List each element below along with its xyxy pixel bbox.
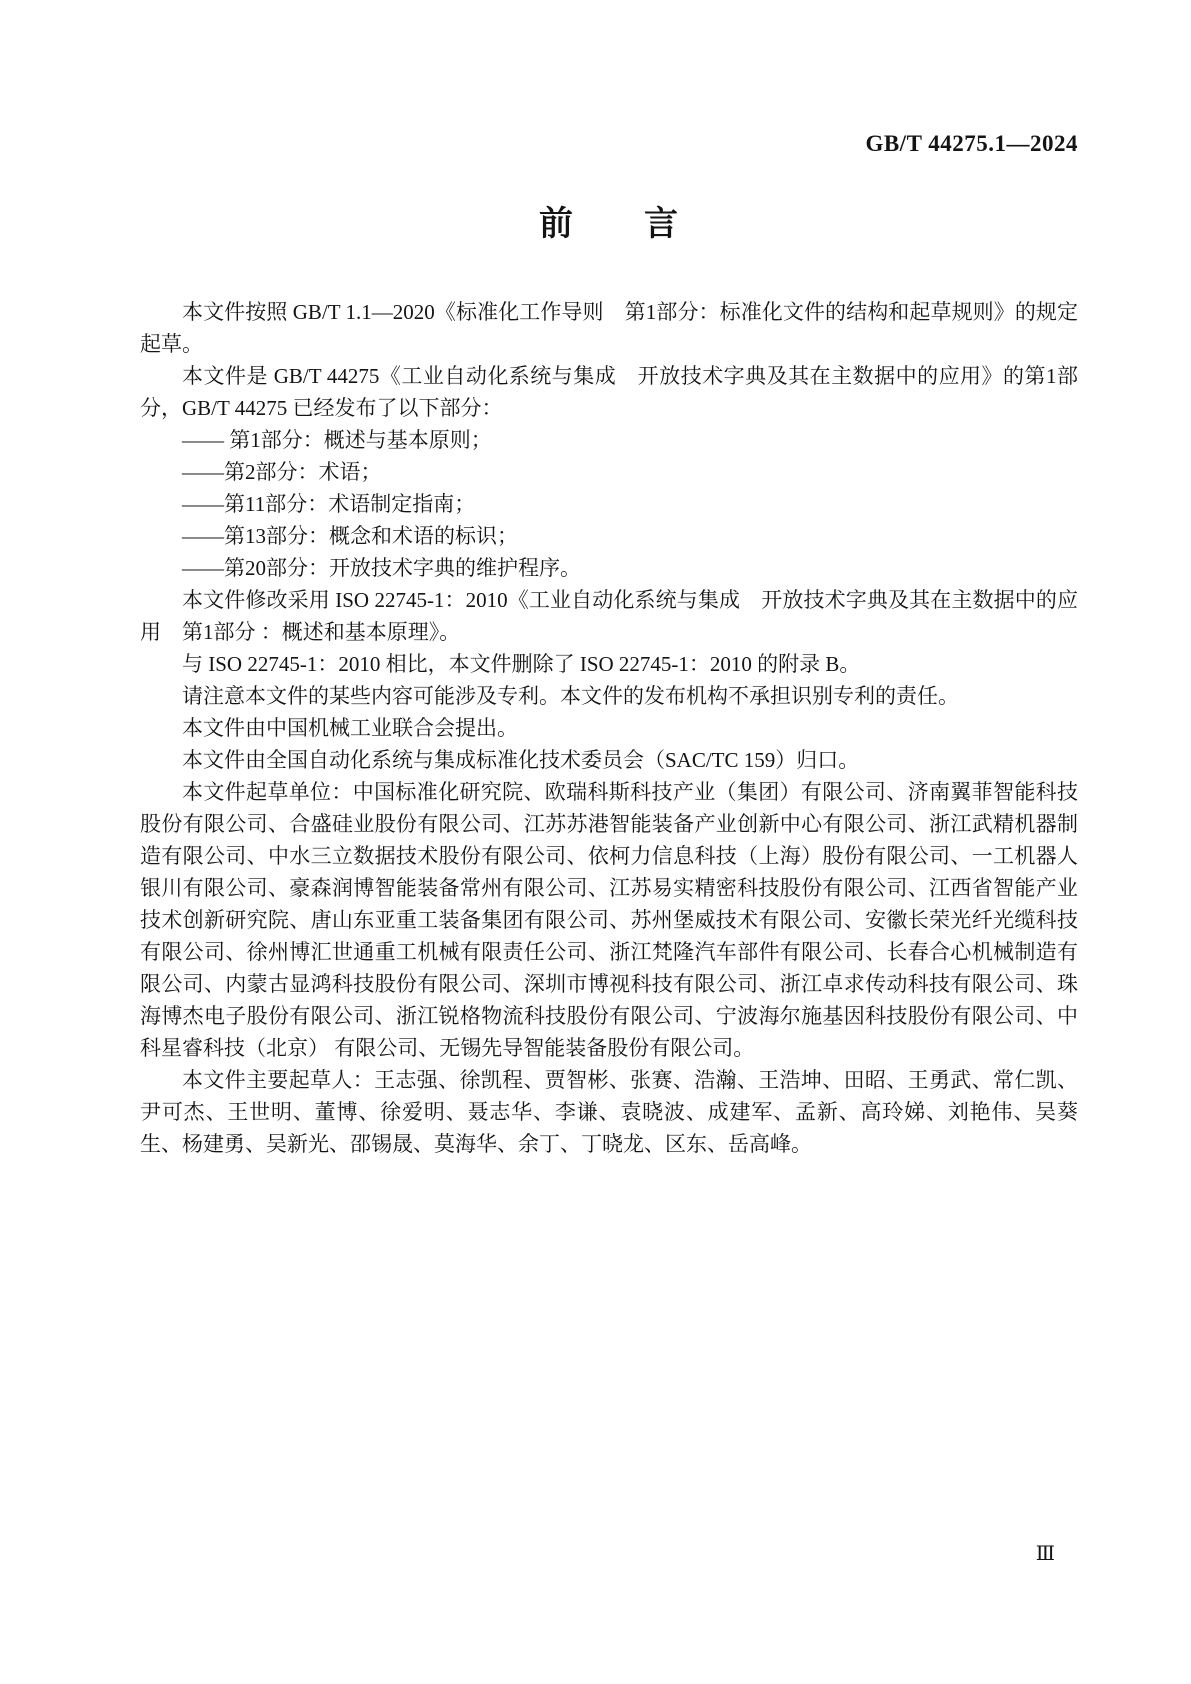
list-item-part-20: ——第20部分：开放技术字典的维护程序。 (140, 552, 1078, 584)
paragraph-drafting-organizations: 本文件起草单位：中国标准化研究院、欧瑞科斯科技产业（集团）有限公司、济南翼菲智能… (140, 776, 1078, 1064)
list-item-part-2: ——第2部分：术语； (140, 456, 1078, 488)
document-page: GB/T 44275.1—2024 前 言 本文件按照 GB/T 1.1—202… (0, 0, 1191, 1684)
list-item-part-1: —— 第1部分：概述与基本原则； (140, 424, 1078, 456)
standard-number: GB/T 44275.1—2024 (865, 131, 1078, 157)
paragraph-committee: 本文件由全国自动化系统与集成标准化技术委员会（SAC/TC 159）归口。 (140, 744, 1078, 776)
paragraph-main-drafters: 本文件主要起草人：王志强、徐凯程、贾智彬、张赛、浩瀚、王浩坤、田昭、王勇武、常仁… (140, 1064, 1078, 1160)
page-title: 前 言 (140, 196, 1078, 245)
paragraph-iso-adoption: 本文件修改采用 ISO 22745-1：2010《工业自动化系统与集成 开放技术… (140, 584, 1078, 648)
paragraph-patent-notice: 请注意本文件的某些内容可能涉及专利。本文件的发布机构不承担识别专利的责任。 (140, 680, 1078, 712)
list-item-part-11: ——第11部分：术语制定指南； (140, 488, 1078, 520)
paragraph-proposer: 本文件由中国机械工业联合会提出。 (140, 712, 1078, 744)
paragraph-iso-difference: 与 ISO 22745-1：2010 相比，本文件删除了 ISO 22745-1… (140, 648, 1078, 680)
page-number: Ⅲ (1036, 1541, 1055, 1566)
paragraph-drafting-basis: 本文件按照 GB/T 1.1—2020《标准化工作导则 第1部分：标准化文件的结… (140, 296, 1078, 360)
paragraph-series-intro: 本文件是 GB/T 44275《工业自动化系统与集成 开放技术字典及其在主数据中… (140, 360, 1078, 424)
foreword-body: 本文件按照 GB/T 1.1—2020《标准化工作导则 第1部分：标准化文件的结… (140, 296, 1078, 1160)
list-item-part-13: ——第13部分：概念和术语的标识； (140, 520, 1078, 552)
